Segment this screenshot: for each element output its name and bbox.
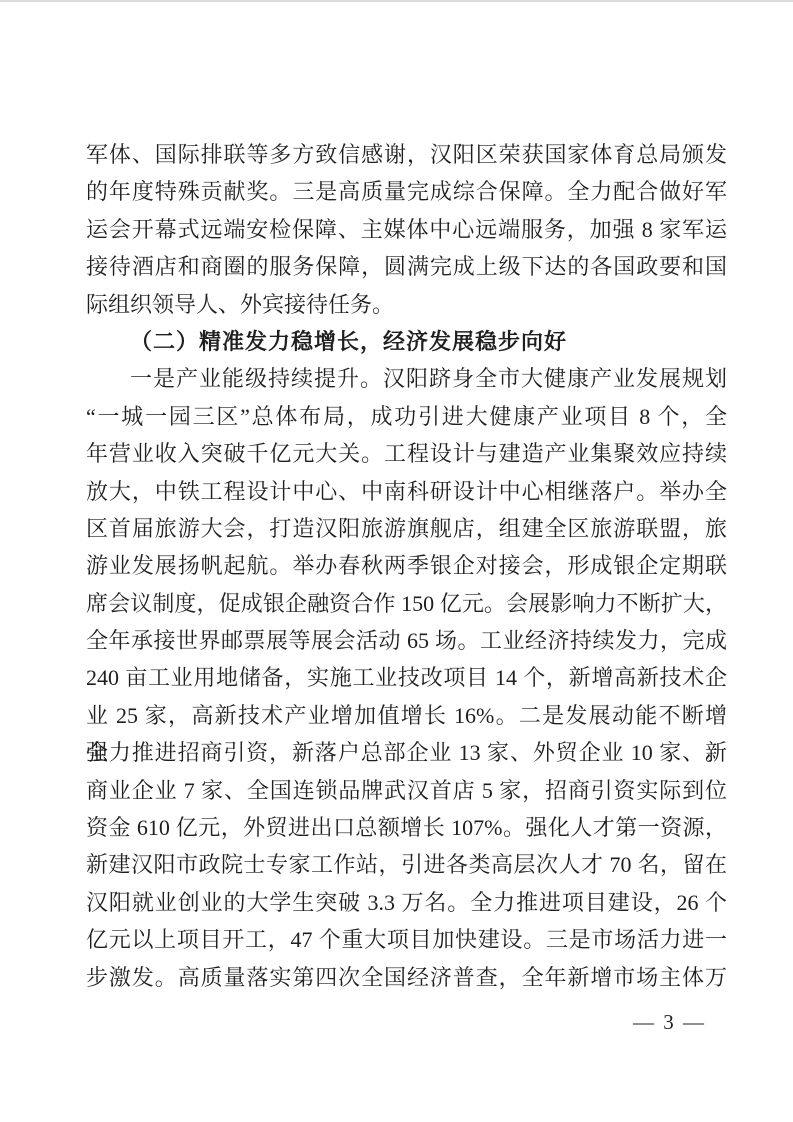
text-run: 席会议制度，促成银企融资合作 150 亿元。会展影响力不断扩大， xyxy=(86,591,727,616)
text-run: 全年承接世界邮票展等展会活动 65 场。工业经济持续发力，完成 xyxy=(86,628,727,653)
text-line: 业 25 家，高新技术产业增加值增长 16%。二是发展动能不断增强。 xyxy=(86,697,727,734)
section-heading: （二）精准发力稳增长，经济发展稳步向好 xyxy=(86,323,727,360)
text-run: 新建汉阳市政院士专家工作站，引进各类高层次人才 70 名，留在 xyxy=(86,852,727,877)
text-run: 放大，中铁工程设计中心、中南科研设计中心相继落户。举办全 xyxy=(86,479,727,504)
text-run: 运会开幕式远端安检保障、主媒体中心远端服务，加强 8 家军运 xyxy=(86,217,727,242)
emphasis-run: 三是高质量完成综合保障。 xyxy=(292,179,567,204)
text-run: 亿元以上项目开工，47 个重大项目加快建设。 xyxy=(86,927,546,952)
text-run: 资金 610 亿元，外贸进出口总额增长 107%。强化人才第一资源， xyxy=(86,815,727,840)
scan-edge-line xyxy=(0,0,793,2)
text-run: 全力配合做好军 xyxy=(567,179,727,204)
text-run: 全力推进招商引资，新落户总部企业 13 家、外贸企业 10 家、新 xyxy=(86,740,727,765)
text-line: “一城一园三区”总体布局，成功引进大健康产业项目 8 个，全 xyxy=(86,398,727,435)
text-run: 区首届旅游大会，打造汉阳旅游旗舰店，组建全区旅游联盟，旅 xyxy=(86,516,727,541)
text-line: 的年度特殊贡献奖。三是高质量完成综合保障。全力配合做好军 xyxy=(86,173,727,210)
text-line: 步激发。高质量落实第四次全国经济普查，全年新增市场主体万 xyxy=(86,959,727,996)
text-run: 军体、国际排联等多方致信感谢，汉阳区荣获国家体育总局颁发 xyxy=(86,142,727,167)
page-number: — 3 — xyxy=(86,1010,706,1035)
text-line: 资金 610 亿元，外贸进出口总额增长 107%。强化人才第一资源， xyxy=(86,809,727,846)
text-run: 商业企业 7 家、全国连锁品牌武汉首店 5 家，招商引资实际到位 xyxy=(86,778,727,803)
text-run: 汉阳就业创业的大学生突破 3.3 万名。全力推进项目建设，26 个 xyxy=(86,890,727,915)
body-text: 军体、国际排联等多方致信感谢，汉阳区荣获国家体育总局颁发 的年度特殊贡献奖。三是… xyxy=(86,136,727,996)
emphasis-run: 步激发。 xyxy=(86,965,178,990)
text-run: 高质量落实第四次全国经济普查，全年新增市场主体万 xyxy=(178,965,727,990)
text-line: 全年承接世界邮票展等展会活动 65 场。工业经济持续发力，完成 xyxy=(86,622,727,659)
text-line: 区首届旅游大会，打造汉阳旅游旗舰店，组建全区旅游联盟，旅 xyxy=(86,510,727,547)
heading-text: （二）精准发力稳增长，经济发展稳步向好 xyxy=(130,329,567,354)
text-run: 年营业收入突破千亿元大关。工程设计与建造产业集聚效应持续 xyxy=(86,441,727,466)
text-line: 亿元以上项目开工，47 个重大项目加快建设。三是市场活力进一 xyxy=(86,921,727,958)
text-run: 业 25 家，高新技术产业增加值增长 16%。 xyxy=(86,703,519,728)
text-line: 商业企业 7 家、全国连锁品牌武汉首店 5 家，招商引资实际到位 xyxy=(86,772,727,809)
text-run: 际组织领导人、外宾接待任务。 xyxy=(86,292,394,317)
document-page: 军体、国际排联等多方致信感谢，汉阳区荣获国家体育总局颁发 的年度特殊贡献奖。三是… xyxy=(0,0,793,1122)
text-line: 运会开幕式远端安检保障、主媒体中心远端服务，加强 8 家军运 xyxy=(86,211,727,248)
emphasis-run: 三是市场活力进一 xyxy=(546,927,727,952)
text-line: 240 亩工业用地储备，实施工业技改项目 14 个，新增高新技术企 xyxy=(86,659,727,696)
text-line: 年营业收入突破千亿元大关。工程设计与建造产业集聚效应持续 xyxy=(86,435,727,472)
text-line: 际组织领导人、外宾接待任务。 xyxy=(86,286,727,323)
text-run: 的年度特殊贡献奖。 xyxy=(86,179,292,204)
text-run: “一城一园三区”总体布局，成功引进大健康产业项目 8 个，全 xyxy=(86,404,727,429)
text-line: 军体、国际排联等多方致信感谢，汉阳区荣获国家体育总局颁发 xyxy=(86,136,727,173)
text-run: 240 亩工业用地储备，实施工业技改项目 14 个，新增高新技术企 xyxy=(86,665,727,690)
text-line: 游业发展扬帆起航。举办春秋两季银企对接会，形成银企定期联 xyxy=(86,547,727,584)
text-line: 新建汉阳市政院士专家工作站，引进各类高层次人才 70 名，留在 xyxy=(86,846,727,883)
text-line: 汉阳就业创业的大学生突破 3.3 万名。全力推进项目建设，26 个 xyxy=(86,884,727,921)
text-run: 接待酒店和商圈的服务保障，圆满完成上级下达的各国政要和国 xyxy=(86,254,727,279)
text-line: 全力推进招商引资，新落户总部企业 13 家、外贸企业 10 家、新 xyxy=(86,734,727,771)
text-run: 汉阳跻身全市大健康产业发展规划 xyxy=(383,366,727,391)
text-line: 席会议制度，促成银企融资合作 150 亿元。会展影响力不断扩大， xyxy=(86,585,727,622)
text-run: 游业发展扬帆起航。举办春秋两季银企对接会，形成银企定期联 xyxy=(86,553,727,578)
emphasis-run: 一是产业能级持续提升。 xyxy=(130,366,383,391)
text-line: 一是产业能级持续提升。汉阳跻身全市大健康产业发展规划 xyxy=(86,360,727,397)
text-line: 放大，中铁工程设计中心、中南科研设计中心相继落户。举办全 xyxy=(86,473,727,510)
text-line: 接待酒店和商圈的服务保障，圆满完成上级下达的各国政要和国 xyxy=(86,248,727,285)
